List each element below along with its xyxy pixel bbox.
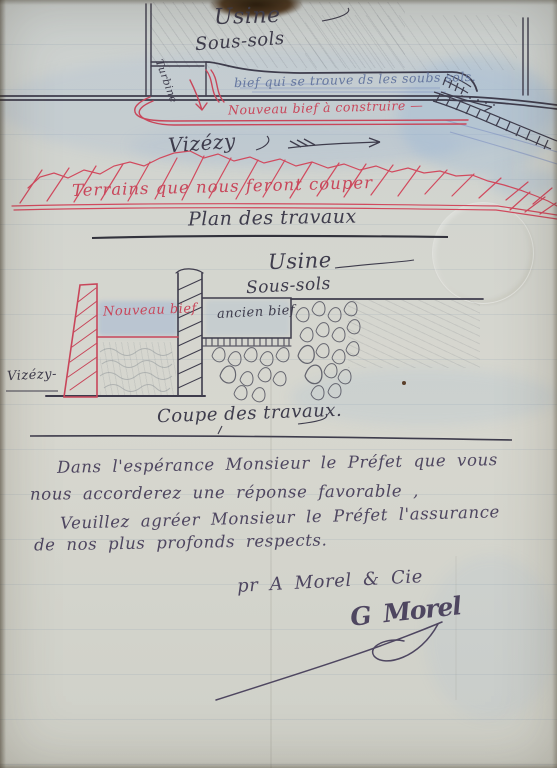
coupe-usine-label: Usine (268, 248, 332, 274)
river-bank-band (433, 74, 557, 149)
letter-line-2: nous accorderez une réponse favorable , (30, 481, 419, 503)
profil-usine-label: Usine (214, 3, 281, 30)
vizezy-profil-label: Vizézy (167, 129, 236, 158)
flow-arrow (288, 138, 380, 148)
coupe-red-pillar (64, 284, 178, 397)
vizezy-coupe-label: Vizézy- (7, 367, 58, 385)
pencil-scribbles (100, 349, 172, 392)
signature-flourish (216, 622, 442, 700)
scanned-letter-page: Usine Sous-sols Turbine bief qui se trou… (0, 0, 557, 768)
plan-title: Plan des travaux (188, 206, 357, 231)
plan-rule (92, 236, 448, 238)
